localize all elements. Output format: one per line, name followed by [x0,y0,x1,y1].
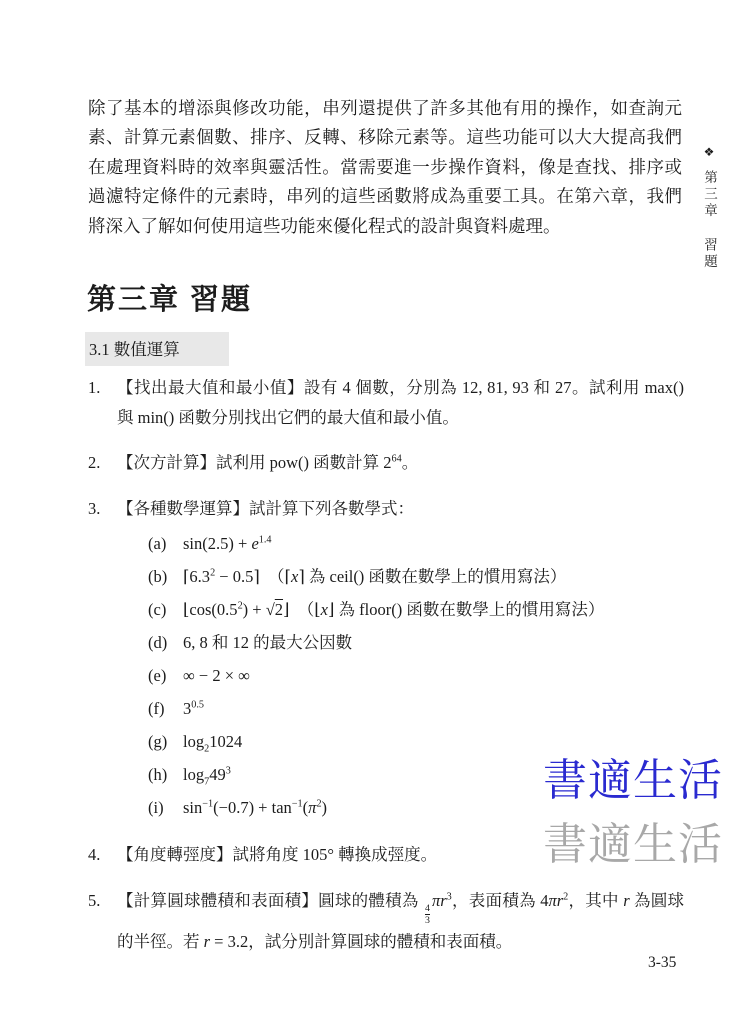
subitem-formula: log7493 [183,758,231,791]
chapter-heading: 第三章 習題 [87,277,252,318]
exercise-number: 1. [88,373,117,432]
subitem-formula: sin(2.5) + e1.4 [183,527,272,560]
exercise-subitem: (g) log21024 [148,725,684,758]
exercise-body: 【計算圓球體積和表面積】圓球的體積為 43πr3，表面積為 4πr2，其中 r … [117,886,684,957]
exercise-subitem: (h) log7493 [148,758,684,791]
subitem-label: (f) [148,692,183,725]
exercise-body: 【找出最大值和最小值】設有 4 個數，分別為 12, 81, 93 和 27。試… [117,373,684,432]
exercise-subitem: (e) ∞ − 2 × ∞ [148,659,684,692]
subitem-label: (d) [148,626,183,659]
subitem-formula: log21024 [183,725,242,758]
subitem-label: (c) [148,593,183,626]
exercise-text: 【各種數學運算】試計算下列各數學式： [117,494,684,524]
exercise-item: 3. 【各種數學運算】試計算下列各數學式： (a) sin(2.5) + e1.… [88,494,684,825]
subitem-formula: sin−1(−0.7) + tan−1(π2) [183,791,327,824]
exercise-subitem: (b) ⌈6.32 − 0.5⌉ （⌈x⌉ 為 ceil() 函數在數學上的慣用… [148,560,684,593]
exercise-subitem: (a) sin(2.5) + e1.4 [148,527,684,560]
exercise-subitem: (c) ⌊cos(0.52) + √2⌋ （⌊x⌋ 為 floor() 函數在數… [148,593,684,626]
subitem-formula: ∞ − 2 × ∞ [183,659,250,692]
exercise-text: 【找出最大值和最小值】設有 4 個數，分別為 12, 81, 93 和 27。試… [117,373,684,432]
exercise-body: 【次方計算】試利用 pow() 函數計算 264。 [117,448,684,478]
exercise-subitem: (i) sin−1(−0.7) + tan−1(π2) [148,791,684,824]
exercise-number: 4. [88,840,117,870]
subitem-formula: ⌈6.32 − 0.5⌉ （⌈x⌉ 為 ceil() 函數在數學上的慣用寫法） [183,560,566,593]
exercise-body: 【各種數學運算】試計算下列各數學式： (a) sin(2.5) + e1.4 (… [117,494,684,825]
subitem-label: (e) [148,659,183,692]
subitem-formula: 6, 8 和 12 的最大公因數 [183,626,352,659]
exercise-item: 5. 【計算圓球體積和表面積】圓球的體積為 43πr3，表面積為 4πr2，其中… [88,886,684,957]
exercise-number: 2. [88,448,117,478]
diamond-icon: ❖ [699,146,719,158]
exercise-subitem: (d) 6, 8 和 12 的最大公因數 [148,626,684,659]
subitem-formula: 30.5 [183,692,204,725]
exercise-subitem-list: (a) sin(2.5) + e1.4 (b) ⌈6.32 − 0.5⌉ （⌈x… [117,527,684,824]
exercise-number: 5. [88,886,117,957]
subitem-label: (h) [148,758,183,791]
exercise-item: 1. 【找出最大值和最小值】設有 4 個數，分別為 12, 81, 93 和 2… [88,373,684,432]
section-heading-label: 3.1 數值運算 [89,340,180,359]
subitem-formula: ⌊cos(0.52) + √2⌋ （⌊x⌋ 為 floor() 函數在數學上的慣… [183,593,604,626]
exercise-text: 【角度轉弳度】試將角度 105° 轉換成弳度。 [117,840,684,870]
exercise-list: 1. 【找出最大值和最小值】設有 4 個數，分別為 12, 81, 93 和 2… [88,373,684,972]
document-page: 除了基本的增添與修改功能，串列還提供了許多其他有用的操作，如查詢元素、計算元素個… [0,0,746,1009]
subitem-label: (g) [148,725,183,758]
margin-chapter-label: 第三章 習題 [699,170,719,271]
margin-chapter-tab: ❖ 第三章 習題 [699,146,719,276]
subitem-label: (a) [148,527,183,560]
exercise-text: 【次方計算】試利用 pow() 函數計算 264。 [117,448,684,478]
subitem-label: (i) [148,791,183,824]
exercise-body: 【角度轉弳度】試將角度 105° 轉換成弳度。 [117,840,684,870]
page-number: 3-35 [648,954,676,972]
section-heading: 3.1 數值運算 [85,332,229,366]
intro-paragraph: 除了基本的增添與修改功能，串列還提供了許多其他有用的操作，如查詢元素、計算元素個… [88,94,682,242]
exercise-text: 【計算圓球體積和表面積】圓球的體積為 43πr3，表面積為 4πr2，其中 r … [117,886,684,957]
exercise-item: 4. 【角度轉弳度】試將角度 105° 轉換成弳度。 [88,840,684,870]
subitem-label: (b) [148,560,183,593]
exercise-item: 2. 【次方計算】試利用 pow() 函數計算 264。 [88,448,684,478]
exercise-subitem: (f) 30.5 [148,692,684,725]
exercise-number: 3. [88,494,117,825]
